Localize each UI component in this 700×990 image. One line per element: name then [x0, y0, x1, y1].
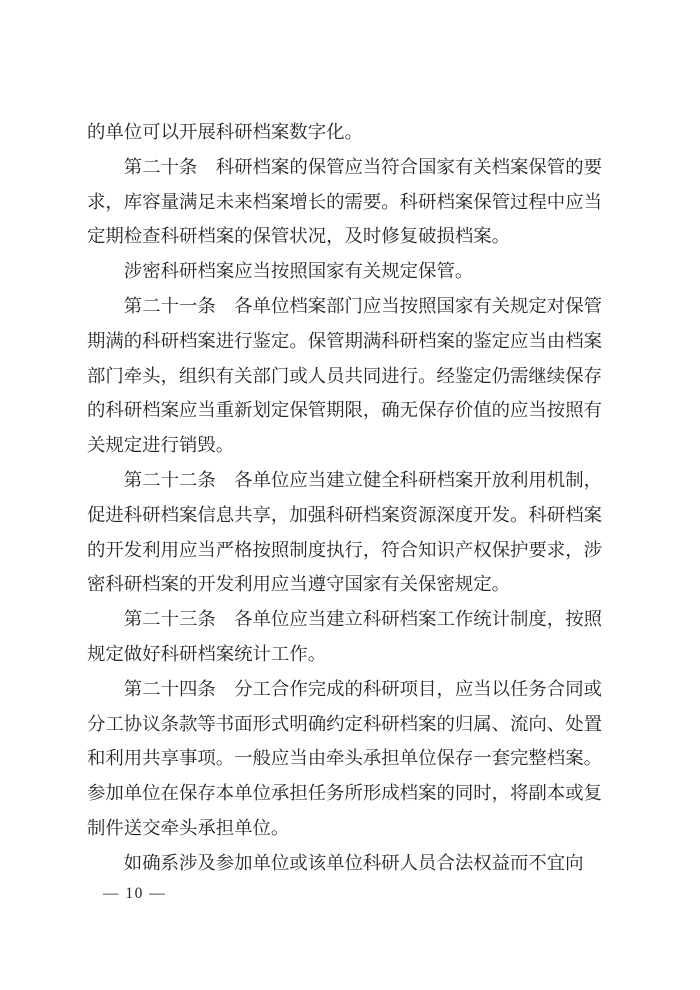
text-line: 分工协议条款等书面形式明确约定科研档案的归属、流向、处置	[87, 707, 602, 742]
document-body: 的单位可以开展科研档案数字化。第二十条 科研档案的保管应当符合国家有关档案保管的…	[87, 115, 602, 881]
paragraph: 第二十一条 各单位档案部门应当按照国家有关规定对保管期满的科研档案进行鉴定。保管…	[87, 289, 602, 463]
text-line: 期满的科研档案进行鉴定。保管期满科研档案的鉴定应当由档案	[87, 324, 602, 359]
text-line: 规定做好科研档案统计工作。	[87, 637, 602, 672]
text-line: 促进科研档案信息共享，加强科研档案资源深度开发。科研档案	[87, 498, 602, 533]
text-line: 第二十条 科研档案的保管应当符合国家有关档案保管的要	[87, 150, 602, 185]
paragraph: 如确系涉及参加单位或该单位科研人员合法权益而不宜向	[87, 846, 602, 881]
text-line: 部门牵头，组织有关部门或人员共同进行。经鉴定仍需继续保存	[87, 359, 602, 394]
text-line: 密科研档案的开发利用应当遵守国家有关保密规定。	[87, 567, 602, 602]
paragraph: 涉密科研档案应当按照国家有关规定保管。	[87, 254, 602, 289]
text-line: 的开发利用应当严格按照制度执行，符合知识产权保护要求，涉	[87, 533, 602, 568]
text-line: 关规定进行销毁。	[87, 428, 602, 463]
text-line: 涉密科研档案应当按照国家有关规定保管。	[87, 254, 602, 289]
text-line: 定期检查科研档案的保管状况，及时修复破损档案。	[87, 219, 602, 254]
paragraph: 第二十二条 各单位应当建立健全科研档案开放利用机制，促进科研档案信息共享，加强科…	[87, 463, 602, 602]
text-line: 第二十二条 各单位应当建立健全科研档案开放利用机制，	[87, 463, 602, 498]
paragraph: 第二十条 科研档案的保管应当符合国家有关档案保管的要求，库容量满足未来档案增长的…	[87, 150, 602, 254]
text-line: 求，库容量满足未来档案增长的需要。科研档案保管过程中应当	[87, 185, 602, 220]
text-line: 和利用共享事项。一般应当由牵头承担单位保存一套完整档案。	[87, 741, 602, 776]
document-page: 的单位可以开展科研档案数字化。第二十条 科研档案的保管应当符合国家有关档案保管的…	[0, 0, 700, 990]
text-line: 的科研档案应当重新划定保管期限，确无保存价值的应当按照有	[87, 393, 602, 428]
page-number: — 10 —	[103, 884, 166, 903]
text-line: 参加单位在保存本单位承担任务所形成档案的同时，将副本或复	[87, 776, 602, 811]
text-line: 第二十一条 各单位档案部门应当按照国家有关规定对保管	[87, 289, 602, 324]
paragraph: 第二十四条 分工合作完成的科研项目，应当以任务合同或分工协议条款等书面形式明确约…	[87, 672, 602, 846]
text-line: 第二十三条 各单位应当建立科研档案工作统计制度，按照	[87, 602, 602, 637]
text-line: 如确系涉及参加单位或该单位科研人员合法权益而不宜向	[87, 846, 602, 881]
text-line: 制件送交牵头承担单位。	[87, 811, 602, 846]
paragraph: 第二十三条 各单位应当建立科研档案工作统计制度，按照规定做好科研档案统计工作。	[87, 602, 602, 672]
text-line: 第二十四条 分工合作完成的科研项目，应当以任务合同或	[87, 672, 602, 707]
text-line: 的单位可以开展科研档案数字化。	[87, 115, 602, 150]
paragraph: 的单位可以开展科研档案数字化。	[87, 115, 602, 150]
